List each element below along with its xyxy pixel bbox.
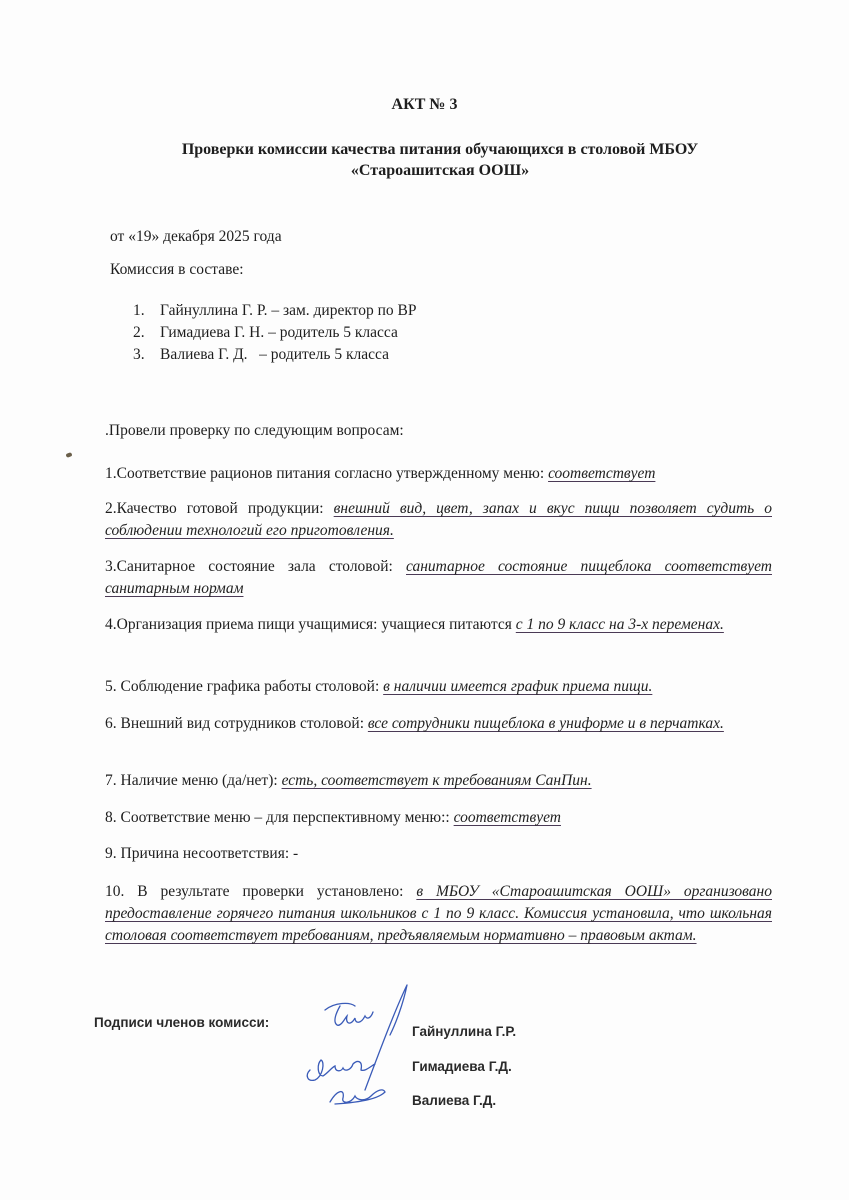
subtitle-line-1: Проверки комиссии качества питания обуча…	[100, 139, 780, 160]
question-5: 5. Соблюдение графика работы столовой: в…	[105, 676, 772, 698]
question-9: 9. Причина несоответствия: -	[105, 843, 772, 865]
answer: соответствует	[454, 809, 561, 826]
commission-label: Комиссия в составе:	[110, 261, 244, 279]
answer: в наличии имеется график приема пищи.	[383, 678, 652, 695]
document-title: АКТ № 3	[0, 96, 849, 114]
inspection-intro: .Провели проверку по следующим вопросам:	[105, 422, 404, 440]
question-1: 1.Соответствие рационов питания согласно…	[105, 463, 772, 485]
document-page: АКТ № 3 Проверки комиссии качества питан…	[0, 0, 849, 1200]
question-8: 8. Соответствие меню – для перспективном…	[105, 807, 772, 829]
member-item: 2.Гимадиева Г. Н. – родитель 5 класса	[133, 322, 416, 344]
signature-name-1: Гайнуллина Г.Р.	[412, 1024, 516, 1039]
answer: есть, соответствует к требованиям СанПин…	[282, 772, 592, 789]
answer: все сотрудники пищеблока в униформе и в …	[368, 715, 724, 732]
signatures-label: Подписи членов комисси:	[94, 1015, 269, 1030]
signature-name-3: Валиева Г.Д.	[412, 1093, 496, 1108]
member-item: 3.Валиева Г. Д. – родитель 5 класса	[133, 344, 416, 366]
commission-members-list: 1.Гайнуллина Г. Р. – зам. директор по ВР…	[133, 300, 416, 366]
document-date: от «19» декабря 2025 года	[110, 228, 282, 246]
question-10: 10. В результате проверки установлено: в…	[105, 881, 772, 947]
scan-speck	[65, 452, 72, 458]
question-6: 6. Внешний вид сотрудников столовой: все…	[105, 713, 772, 735]
answer: с 1 по 9 класс на 3-х переменах.	[516, 616, 724, 633]
answer: соответствует	[548, 465, 655, 482]
question-7: 7. Наличие меню (да/нет): есть, соответс…	[105, 770, 772, 792]
question-2: 2.Качество готовой продукции: внешний ви…	[105, 498, 772, 542]
subtitle-line-2: «Староашитская ООШ»	[100, 160, 780, 181]
question-3: 3.Санитарное состояние зала столовой: са…	[105, 556, 772, 600]
member-item: 1.Гайнуллина Г. Р. – зам. директор по ВР	[133, 300, 416, 322]
signature-name-2: Гимадиева Г.Д.	[412, 1059, 512, 1074]
document-subtitle: Проверки комиссии качества питания обуча…	[100, 139, 780, 181]
question-4: 4.Организация приема пищи учащимися: уча…	[105, 614, 772, 636]
